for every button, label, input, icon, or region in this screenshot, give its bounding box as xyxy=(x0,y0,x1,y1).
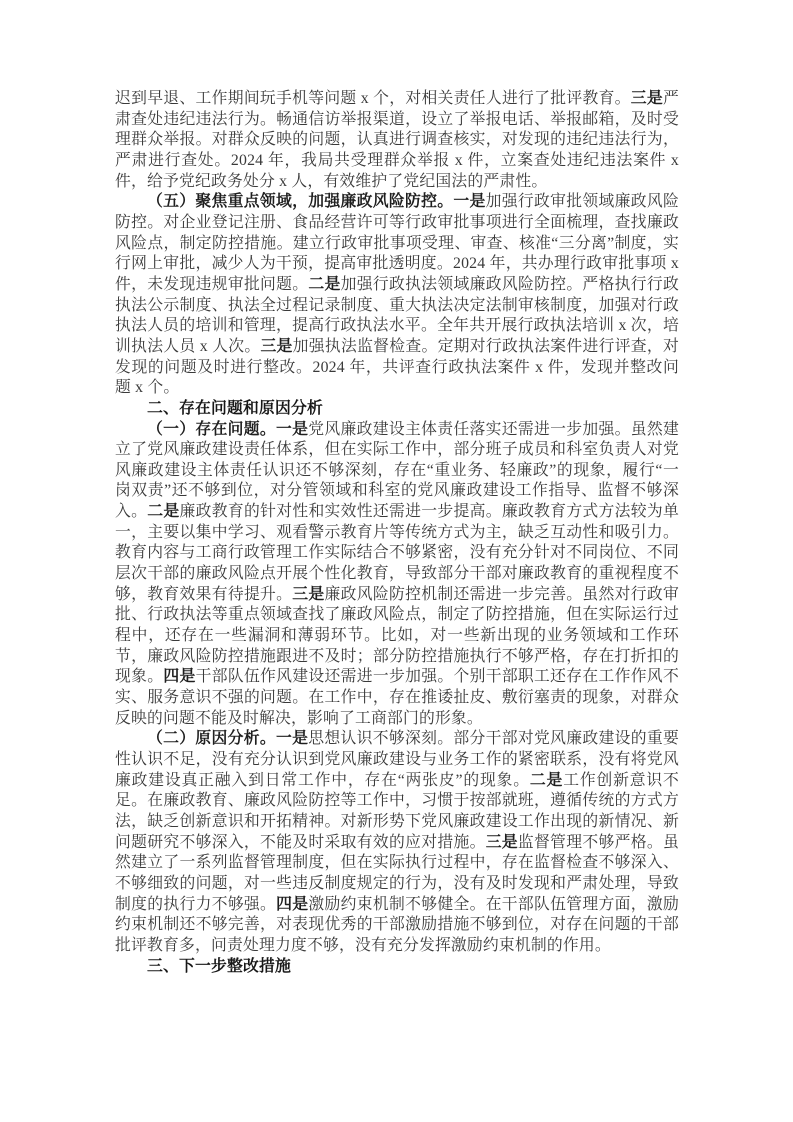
text-run-bold: 二是 xyxy=(308,276,340,293)
text-run-bold: （五）聚焦重点领域，加强廉政风险防控。一是 xyxy=(147,193,486,210)
text-run-bold: 三、下一步整改措施 xyxy=(147,958,291,975)
text-run-bold: 三是 xyxy=(292,586,324,603)
text-run-bold: （二）原因分析。一是 xyxy=(147,730,308,747)
text-run-bold: 三是 xyxy=(631,90,663,107)
text-run-bold: 二是 xyxy=(530,772,563,789)
text-run-bold: 二、存在问题和原因分析 xyxy=(147,400,323,417)
text-run-bold: 四是 xyxy=(163,668,195,685)
paragraph-continuation-discipline: 迟到早退、工作期间玩手机等问题 x 个，对相关责任人进行了批评教育。三是严肃查处… xyxy=(115,89,679,192)
text-run-bold: 四是 xyxy=(276,896,308,913)
paragraph-existing-problems: （一）存在问题。一是党风廉政建设主体责任落实还需进一步加强。虽然建立了党风廉政建… xyxy=(115,420,679,730)
heading-section-2-problems-and-causes: 二、存在问题和原因分析 xyxy=(115,399,679,420)
text-run-bold: 二是 xyxy=(147,503,179,520)
text-run: 干部队伍作风建设还需进一步加强。个别干部职工还存在工作作风不实、服务意识不强的问… xyxy=(115,668,679,726)
paragraph-cause-analysis: （二）原因分析。一是思想认识不够深刻。部分干部对党风廉政建设的重要性认识不足，没… xyxy=(115,729,679,956)
text-run: 迟到早退、工作期间玩手机等问题 x 个，对相关责任人进行了批评教育。 xyxy=(115,90,631,107)
text-run-bold: （一）存在问题。一是 xyxy=(147,421,308,438)
document-page: 迟到早退、工作期间玩手机等问题 x 个，对相关责任人进行了批评教育。三是严肃查处… xyxy=(0,0,793,1122)
text-run-bold: 三是 xyxy=(486,834,518,851)
text-run-bold: 三是 xyxy=(260,338,292,355)
heading-section-3-rectification-measures: 三、下一步整改措施 xyxy=(115,957,679,978)
document-body: 迟到早退、工作期间玩手机等问题 x 个，对相关责任人进行了批评教育。三是严肃查处… xyxy=(115,89,679,977)
paragraph-section-5-risk-control: （五）聚焦重点领域，加强廉政风险防控。一是加强行政审批领域廉政风险防控。对企业登… xyxy=(115,192,679,399)
